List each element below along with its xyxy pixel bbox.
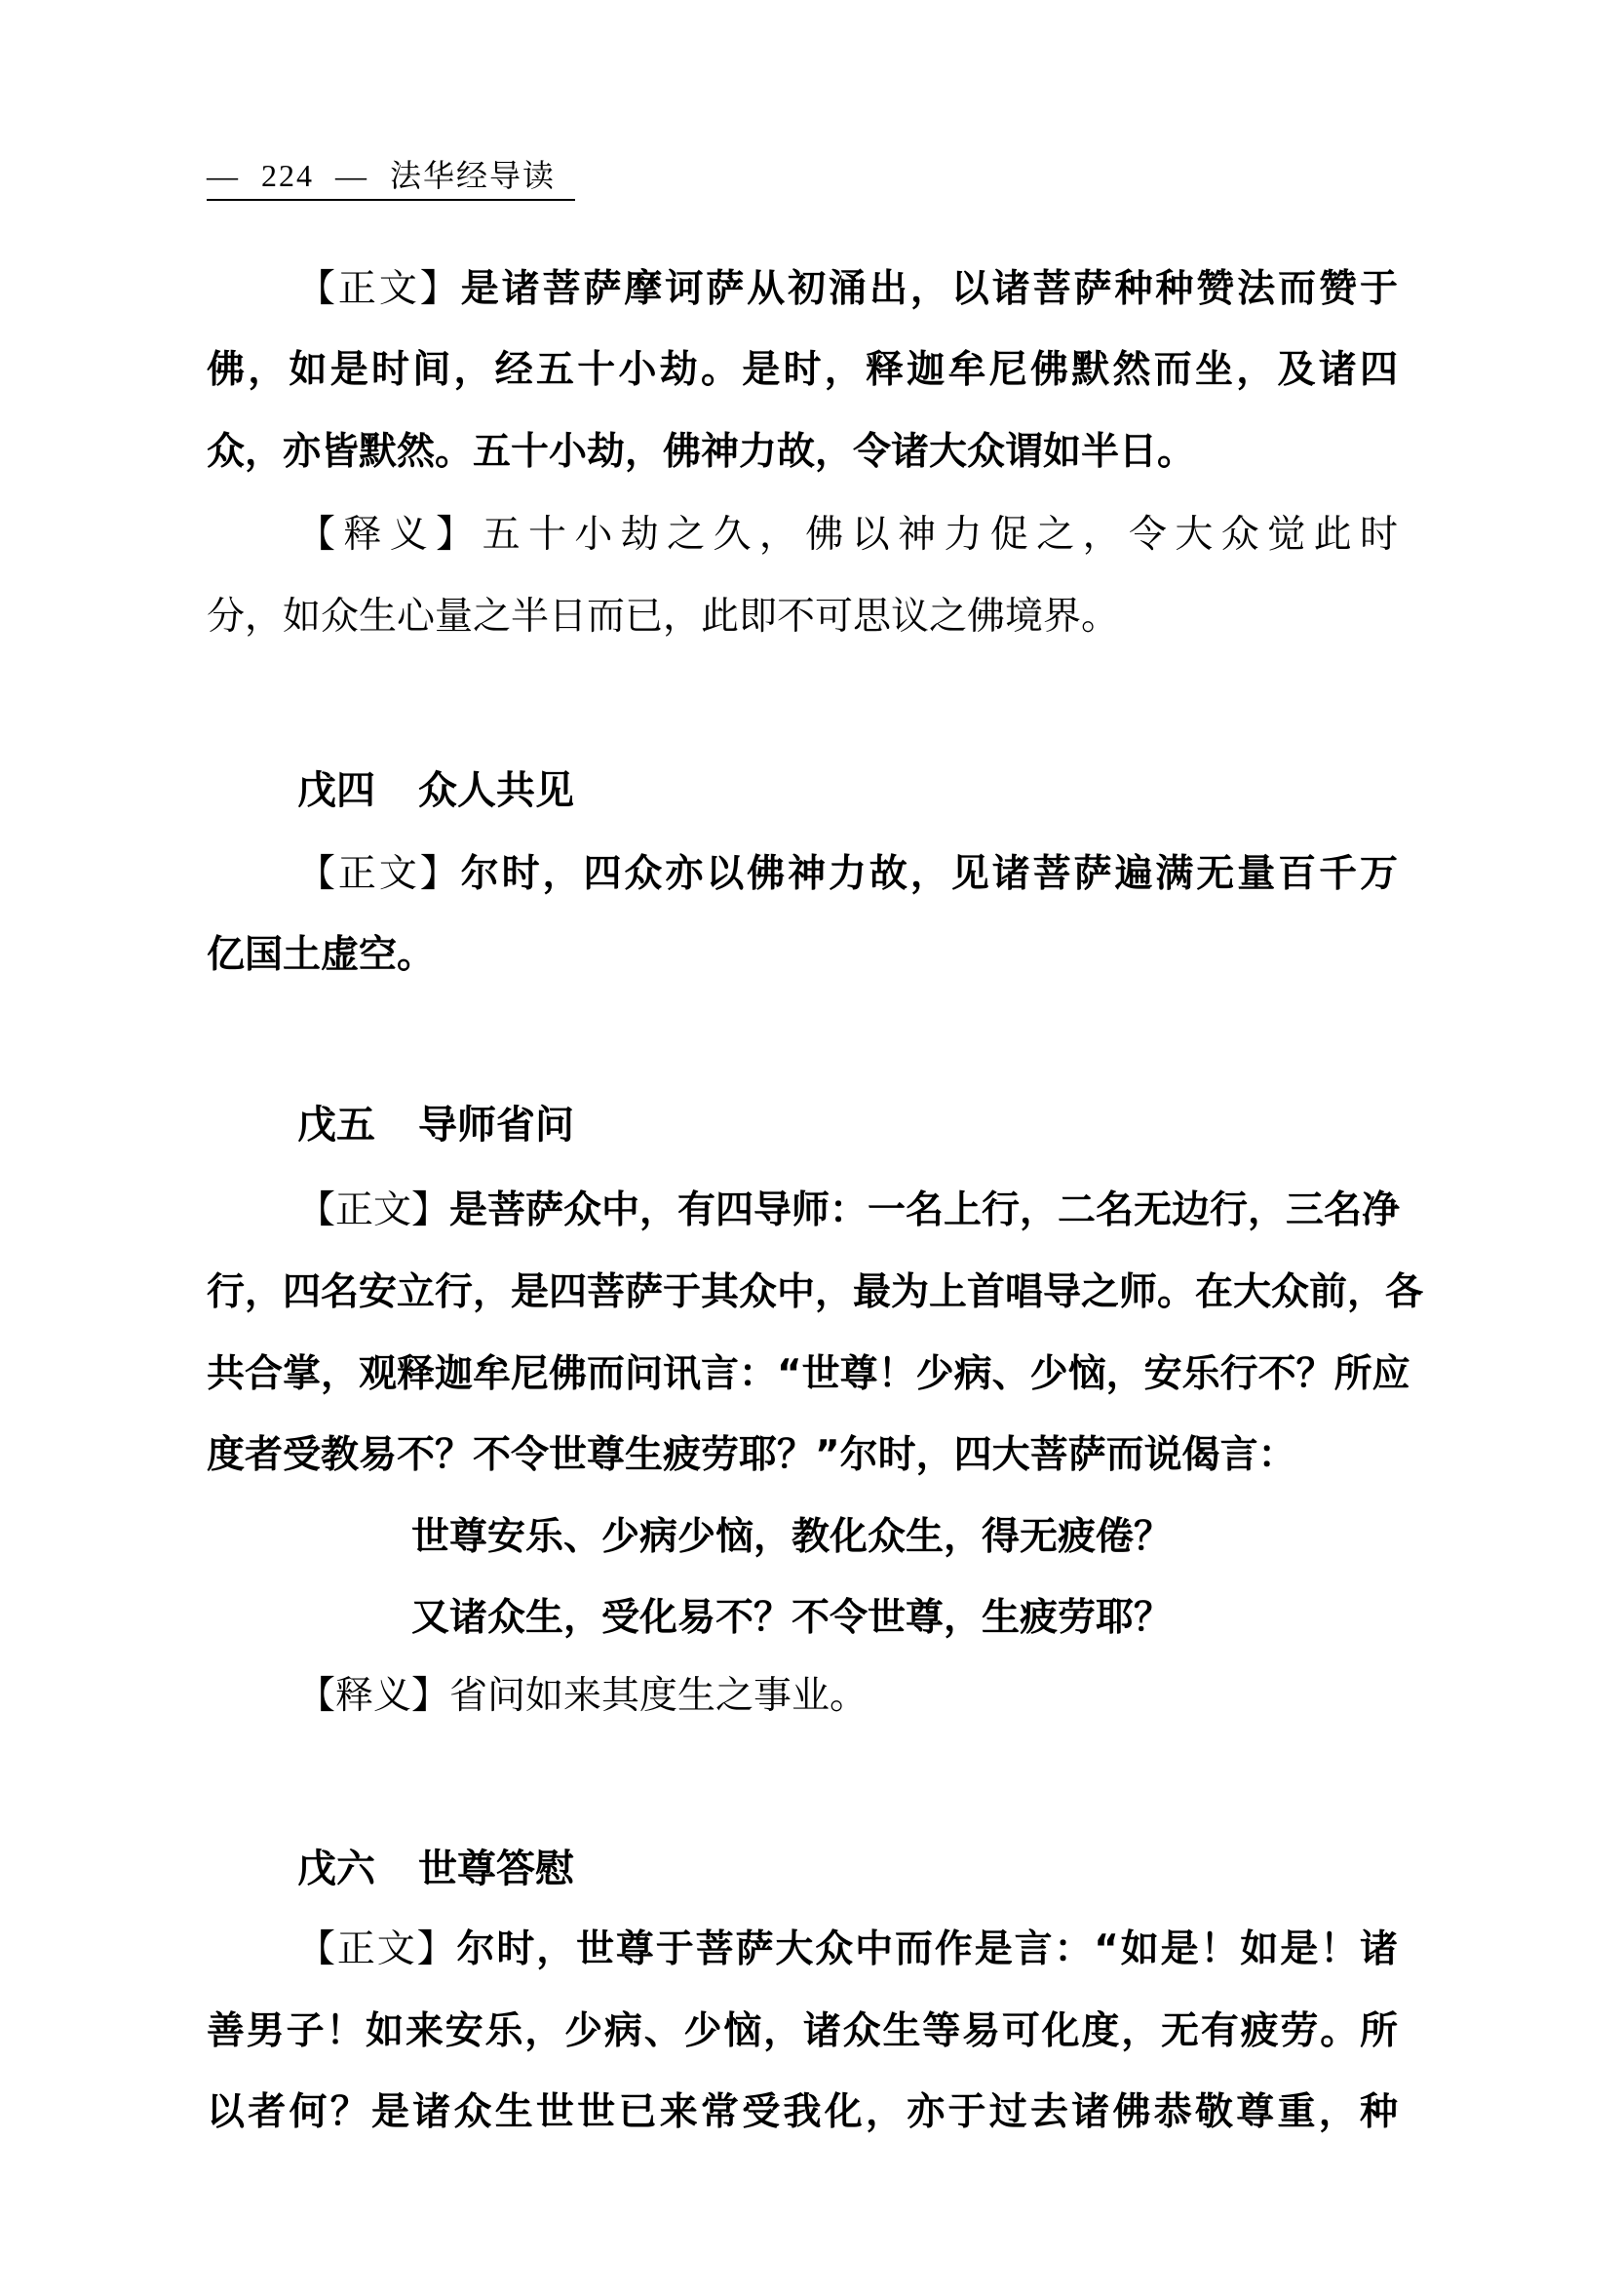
paragraph-line: 共合掌，观释迦牟尼佛而问讯言：“世尊！少病、少恼，安乐行不？所应	[207, 1353, 1398, 1396]
dash-left: —	[207, 158, 240, 193]
heading-number: 戊四	[297, 767, 375, 813]
section-heading-wu5: 戊五导师省问	[297, 1103, 574, 1148]
verse-line: 世尊安乐、少病少恼，教化众生，得无疲倦？	[411, 1516, 1172, 1559]
text-run: 省问如来其度生之事业。	[449, 1674, 868, 1718]
zhengwen-label: 【正文】	[297, 267, 461, 311]
dash-right: —	[335, 158, 368, 193]
shiyi-label: 【释义】	[297, 513, 483, 557]
paragraph-line: 分，如众生心量之半日而已，此即不可思议之佛境界。	[207, 596, 1398, 639]
heading-title: 众人共见	[418, 767, 574, 813]
heading-title: 世尊答慰	[418, 1846, 574, 1891]
paragraph-line: 【释义】省问如来其度生之事业。	[297, 1675, 1398, 1718]
zhengwen-label: 【正文】	[297, 1927, 456, 1971]
paragraph-line: 【释义】五十小劫之久，佛以神力促之，令大众觉此时	[297, 514, 1398, 557]
section-heading-wu4: 戊四众人共见	[297, 768, 574, 813]
heading-number: 戊六	[297, 1846, 375, 1891]
paragraph-line: 【正文】是诸菩萨摩诃萨从初涌出，以诸菩萨种种赞法而赞于	[297, 268, 1398, 311]
paragraph-line: 度者受教易不？不令世尊生疲劳耶？”尔时，四大菩萨而说偈言：	[207, 1434, 1398, 1477]
header-rule	[207, 199, 575, 201]
paragraph-line: 【正文】尔时，四众亦以佛神力故，见诸菩萨遍满无量百千万	[297, 853, 1398, 896]
text-run: 五十小劫之久，佛以神力促之，令大众觉此时	[483, 513, 1398, 557]
book-page: — 224 — 法华经导读 【正文】是诸菩萨摩诃萨从初涌出，以诸菩萨种种赞法而赞…	[0, 0, 1622, 2296]
paragraph-line: 以者何？是诸众生世世已来常受我化，亦于过去诸佛恭敬尊重，种	[207, 2091, 1398, 2134]
section-heading-wu6: 戊六世尊答慰	[297, 1847, 574, 1891]
zhengwen-label: 【正文】	[297, 1188, 449, 1232]
text-run: 是菩萨众中，有四导师：一名上行，二名无边行，三名净	[449, 1188, 1400, 1232]
paragraph-line: 众，亦皆默然。五十小劫，佛神力故，令诸大众谓如半日。	[207, 431, 1398, 474]
heading-number: 戊五	[297, 1102, 375, 1148]
verse-line: 又诸众生，受化易不？不令世尊，生疲劳耶？	[411, 1597, 1172, 1640]
paragraph-line: 行，四名安立行，是四菩萨于其众中，最为上首唱导之师。在大众前，各	[207, 1271, 1398, 1314]
paragraph-line: 【正文】尔时，世尊于菩萨大众中而作是言：“如是！如是！诸	[297, 1928, 1398, 1971]
text-run: 尔时，四众亦以佛神力故，见诸菩萨遍满无量百千万	[461, 852, 1398, 896]
page-number: 224	[261, 156, 314, 195]
heading-title: 导师省问	[418, 1102, 574, 1148]
shiyi-label: 【释义】	[297, 1674, 449, 1718]
paragraph-line: 亿国土虚空。	[207, 934, 1398, 977]
text-run: 尔时，世尊于菩萨大众中而作是言：“如是！如是！诸	[456, 1927, 1398, 1971]
book-title: 法华经导读	[390, 156, 556, 195]
zhengwen-label: 【正文】	[297, 852, 461, 896]
paragraph-line: 善男子！如来安乐，少病、少恼，诸众生等易可化度，无有疲劳。所	[207, 2010, 1398, 2053]
paragraph-line: 佛，如是时间，经五十小劫。是时，释迦牟尼佛默然而坐，及诸四	[207, 349, 1398, 392]
paragraph-line: 【正文】是菩萨众中，有四导师：一名上行，二名无边行，三名净	[297, 1189, 1398, 1232]
text-run: 是诸菩萨摩诃萨从初涌出，以诸菩萨种种赞法而赞于	[461, 267, 1398, 311]
running-head: — 224 — 法华经导读	[207, 156, 567, 195]
